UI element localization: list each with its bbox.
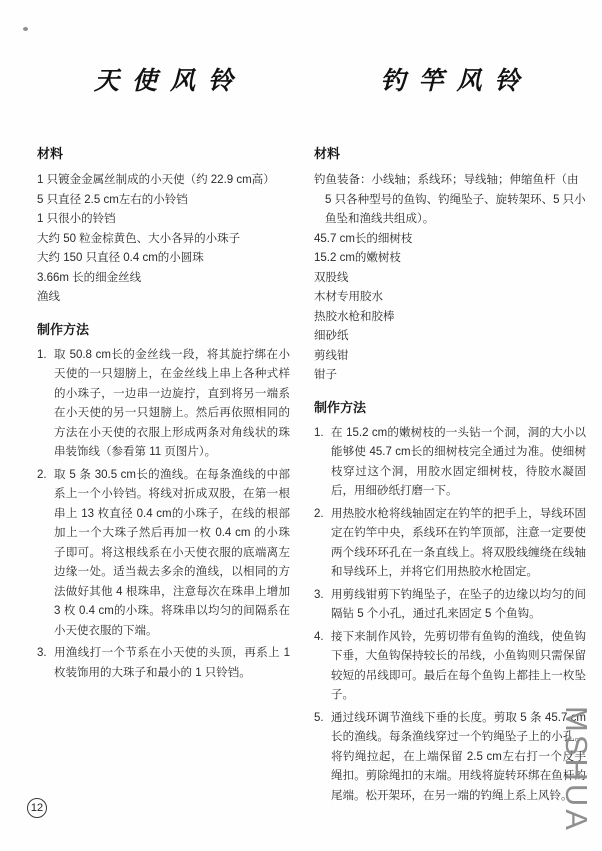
column-angel-windchime: 天使风铃 材料 1 只镀金金属丝制成的小天使（约 22.9 cm高） 5 只直径… xyxy=(37,60,290,809)
step-text: 接下来制作风铃，先剪切带有鱼钩的渔线，使鱼钩下垂，大鱼钩保持较长的吊线，小鱼钩则… xyxy=(331,631,586,702)
material-item: 细砂纸 xyxy=(314,327,586,347)
page-number: 12 xyxy=(31,802,43,814)
material-item: 木材专用胶水 xyxy=(314,288,586,308)
method-step: 3. 用渔线打一个节系在小天使的头顶，再系上 1 枚装饰用的大珠子和最小的 1 … xyxy=(37,644,290,683)
method-step: 3. 用剪线钳剪下钓绳坠子，在坠子的边缘以均匀的间隔钻 5 个小孔，通过孔来固定… xyxy=(314,586,586,625)
method-step: 1. 在 15.2 cm的嫩树枝的一头钻一个洞，洞的大小以能够使 45.7 cm… xyxy=(314,424,586,502)
step-text: 用渔线打一个节系在小天使的头顶，再系上 1 枚装饰用的大珠子和最小的 1 只铃铛… xyxy=(54,647,290,679)
method-step: 2. 取 5 条 30.5 cm长的渔线。在每条渔线的中部系上一个小铃铛。将线对… xyxy=(37,466,290,642)
step-number: 1. xyxy=(37,346,47,366)
material-item: 45.7 cm长的细树枝 xyxy=(314,230,586,250)
step-number: 2. xyxy=(314,505,324,525)
method-steps-left: 1. 取 50.8 cm长的金丝线一段，将其旋拧绑在小天使的一只翅膀上，在金丝线… xyxy=(37,346,290,684)
materials-list-left: 1 只镀金金属丝制成的小天使（约 22.9 cm高） 5 只直径 2.5 cm左… xyxy=(37,171,290,308)
step-number: 1. xyxy=(314,424,324,444)
material-item: 5 只直径 2.5 cm左右的小铃铛 xyxy=(37,191,290,211)
material-item: 1 只很小的铃铛 xyxy=(37,210,290,230)
material-item: 钓鱼装备：小线轴；系线环；导线轴；伸缩鱼杆（由 5 只各种型号的鱼钩、钓绳坠子、… xyxy=(314,171,586,230)
column-fishingrod-windchime: 钓竿风铃 材料 钓鱼装备：小线轴；系线环；导线轴；伸缩鱼杆（由 5 只各种型号的… xyxy=(314,60,586,809)
method-step: 4. 接下来制作风铃，先剪切带有鱼钩的渔线，使鱼钩下垂，大鱼钩保持较长的吊线，小… xyxy=(314,628,586,706)
material-item: 15.2 cm的嫩树枝 xyxy=(314,249,586,269)
step-number: 4. xyxy=(314,628,324,648)
step-number: 5. xyxy=(314,709,324,729)
material-item: 1 只镀金金属丝制成的小天使（约 22.9 cm高） xyxy=(37,171,290,191)
material-item: 渔线 xyxy=(37,288,290,308)
article-title-right: 钓竿风铃 xyxy=(314,60,586,102)
page-content: 天使风铃 材料 1 只镀金金属丝制成的小天使（约 22.9 cm高） 5 只直径… xyxy=(37,60,586,809)
page-number-badge: 12 xyxy=(27,798,47,818)
step-text: 在 15.2 cm的嫩树枝的一头钻一个洞，洞的大小以能够使 45.7 cm长的细… xyxy=(331,427,586,498)
materials-list-right: 钓鱼装备：小线轴；系线环；导线轴；伸缩鱼杆（由 5 只各种型号的鱼钩、钓绳坠子、… xyxy=(314,171,586,386)
method-header-right: 制作方法 xyxy=(314,400,586,416)
article-title-left: 天使风铃 xyxy=(37,60,290,102)
materials-header-left: 材料 xyxy=(37,146,290,162)
step-number: 3. xyxy=(314,586,324,606)
step-number: 3. xyxy=(37,644,47,664)
material-item: 钳子 xyxy=(314,366,586,386)
material-item: 大约 50 粒金棕黄色、大小各异的小珠子 xyxy=(37,230,290,250)
step-text: 通过线环调节渔线下垂的长度。剪取 5 条 45.7 cm长的渔线。每条渔线穿过一… xyxy=(331,712,586,802)
materials-header-right: 材料 xyxy=(314,146,586,162)
step-text: 取 5 条 30.5 cm长的渔线。在每条渔线的中部系上一个小铃铛。将线对折成双… xyxy=(54,469,290,637)
method-step: 5. 通过线环调节渔线下垂的长度。剪取 5 条 45.7 cm长的渔线。每条渔线… xyxy=(314,709,586,807)
material-item: 剪线钳 xyxy=(314,347,586,367)
material-item: 大约 150 只直径 0.4 cm的小圆珠 xyxy=(37,249,290,269)
material-item: 热胶水枪和胶棒 xyxy=(314,308,586,328)
ink-speck xyxy=(23,27,28,31)
step-text: 取 50.8 cm长的金丝线一段，将其旋拧绑在小天使的一只翅膀上，在金丝线上串上… xyxy=(54,349,290,459)
step-number: 2. xyxy=(37,466,47,486)
watermark-text: MSHUA xyxy=(556,706,596,833)
method-steps-right: 1. 在 15.2 cm的嫩树枝的一头钻一个洞，洞的大小以能够使 45.7 cm… xyxy=(314,424,586,807)
step-text: 用剪线钳剪下钓绳坠子，在坠子的边缘以均匀的间隔钻 5 个小孔，通过孔来固定 5 … xyxy=(331,589,586,621)
method-step: 2. 用热胶水枪将线轴固定在钓竿的把手上，导线环固定在钓竿中央，系线环在钓竿顶部… xyxy=(314,505,586,583)
method-step: 1. 取 50.8 cm长的金丝线一段，将其旋拧绑在小天使的一只翅膀上，在金丝线… xyxy=(37,346,290,463)
book-page: 天使风铃 材料 1 只镀金金属丝制成的小天使（约 22.9 cm高） 5 只直径… xyxy=(0,0,602,851)
method-header-left: 制作方法 xyxy=(37,322,290,338)
material-item: 3.66m 长的细金丝线 xyxy=(37,269,290,289)
step-text: 用热胶水枪将线轴固定在钓竿的把手上，导线环固定在钓竿中央，系线环在钓竿顶部，注意… xyxy=(331,508,586,579)
material-item: 双股线 xyxy=(314,269,586,289)
